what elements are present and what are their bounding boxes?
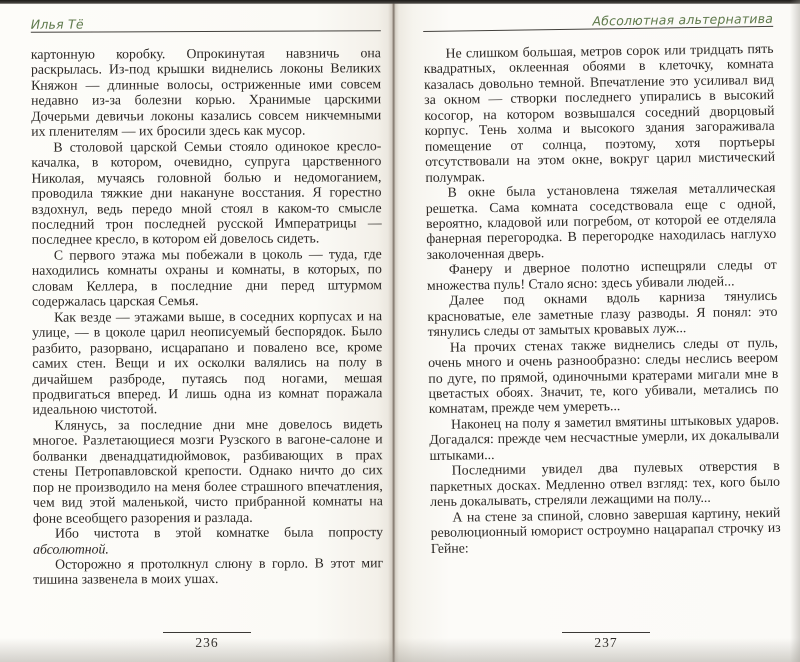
paragraph: Клянусь, за последние дни мне довелось в…: [33, 416, 383, 526]
photo-right-edge: [790, 0, 800, 662]
photo-top-edge: [0, 0, 800, 4]
right-page-content: Абсолютная альтернатива Не слишком больш…: [423, 12, 781, 556]
author-name: Илья Тё: [31, 17, 84, 32]
text-run: В окне была установлена тяжелая металлич…: [426, 180, 777, 262]
paragraph: картонную коробку. Опрокинутая навзничь …: [31, 45, 381, 139]
paragraph: В столовой царской Семьи стояло одинокое…: [31, 138, 381, 248]
paragraph: Далее под окнами вдоль карниза тянулись …: [427, 288, 778, 340]
paragraph: С первого этажа мы побежали в цоколь — т…: [32, 246, 382, 309]
left-page-text: картонную коробку. Опрокинутая навзничь …: [31, 45, 383, 587]
right-page-text: Не слишком большая, метров сорок или три…: [423, 41, 781, 556]
text-run: Наконец на полу я заметил вмятины штыков…: [429, 412, 779, 463]
paragraph: Последними увидел два пулевых отверстия …: [430, 458, 781, 510]
text-run: В столовой царской Семьи стояло одинокое…: [31, 138, 381, 247]
left-page: Илья Тё картонную коробку. Опрокинутая н…: [0, 0, 393, 662]
left-running-header: Илья Тё: [31, 16, 381, 37]
paragraph: На прочих стенах также виднелись следы о…: [428, 334, 779, 416]
left-page-content: Илья Тё картонную коробку. Опрокинутая н…: [31, 16, 383, 587]
paragraph: Не слишком большая, метров сорок или три…: [423, 41, 775, 185]
paragraph: В окне была установлена тяжелая металлич…: [425, 180, 776, 262]
right-running-header: Абсолютная альтернатива: [423, 12, 773, 36]
paragraph: Ибо чистота в этой комнатке была попрост…: [33, 524, 383, 556]
text-run: Как везде — этажами выше, в соседних кор…: [32, 308, 382, 417]
paragraph: А на стене за спиной, словно завершая ка…: [430, 504, 781, 556]
right-page: Абсолютная альтернатива Не слишком больш…: [393, 0, 800, 662]
text-run: Далее под окнами вдоль карниза тянулись …: [427, 288, 777, 339]
photo-bottom-shadow: [0, 638, 800, 662]
text-run: Осторожно я протолкнул слюну в горло. В …: [33, 555, 383, 587]
paragraph: Наконец на полу я заметил вмятины штыков…: [429, 412, 780, 464]
text-run: А на стене за спиной, словно завершая ка…: [431, 504, 781, 555]
text-run: На прочих стенах также виднелись следы о…: [428, 334, 779, 416]
text-run: картонную коробку. Опрокинутая навзничь …: [31, 45, 381, 139]
right-folio-rule: [562, 632, 650, 633]
text-run: Не слишком большая, метров сорок или три…: [424, 41, 776, 185]
paragraph: Осторожно я протолкнул слюну в горло. В …: [33, 555, 383, 587]
italic-text-run: абсолютной.: [33, 541, 109, 556]
text-run: Фанеру и дверное полотно испещряли следы…: [427, 257, 777, 293]
paragraph: Как везде — этажами выше, в соседних кор…: [32, 308, 382, 418]
text-run: Клянусь, за последние дни мне довелось в…: [33, 416, 383, 525]
book-spread-photo: Илья Тё картонную коробку. Опрокинутая н…: [0, 0, 800, 662]
book-title: Абсолютная альтернатива: [592, 11, 773, 29]
left-folio-rule: [163, 632, 251, 633]
page-gutter-shadow: [388, 0, 399, 662]
text-run: С первого этажа мы побежали в цоколь — т…: [32, 246, 382, 309]
text-run: Ибо чистота в этой комнатке была попрост…: [55, 524, 383, 540]
text-run: Последними увидел два пулевых отверстия …: [430, 458, 780, 509]
